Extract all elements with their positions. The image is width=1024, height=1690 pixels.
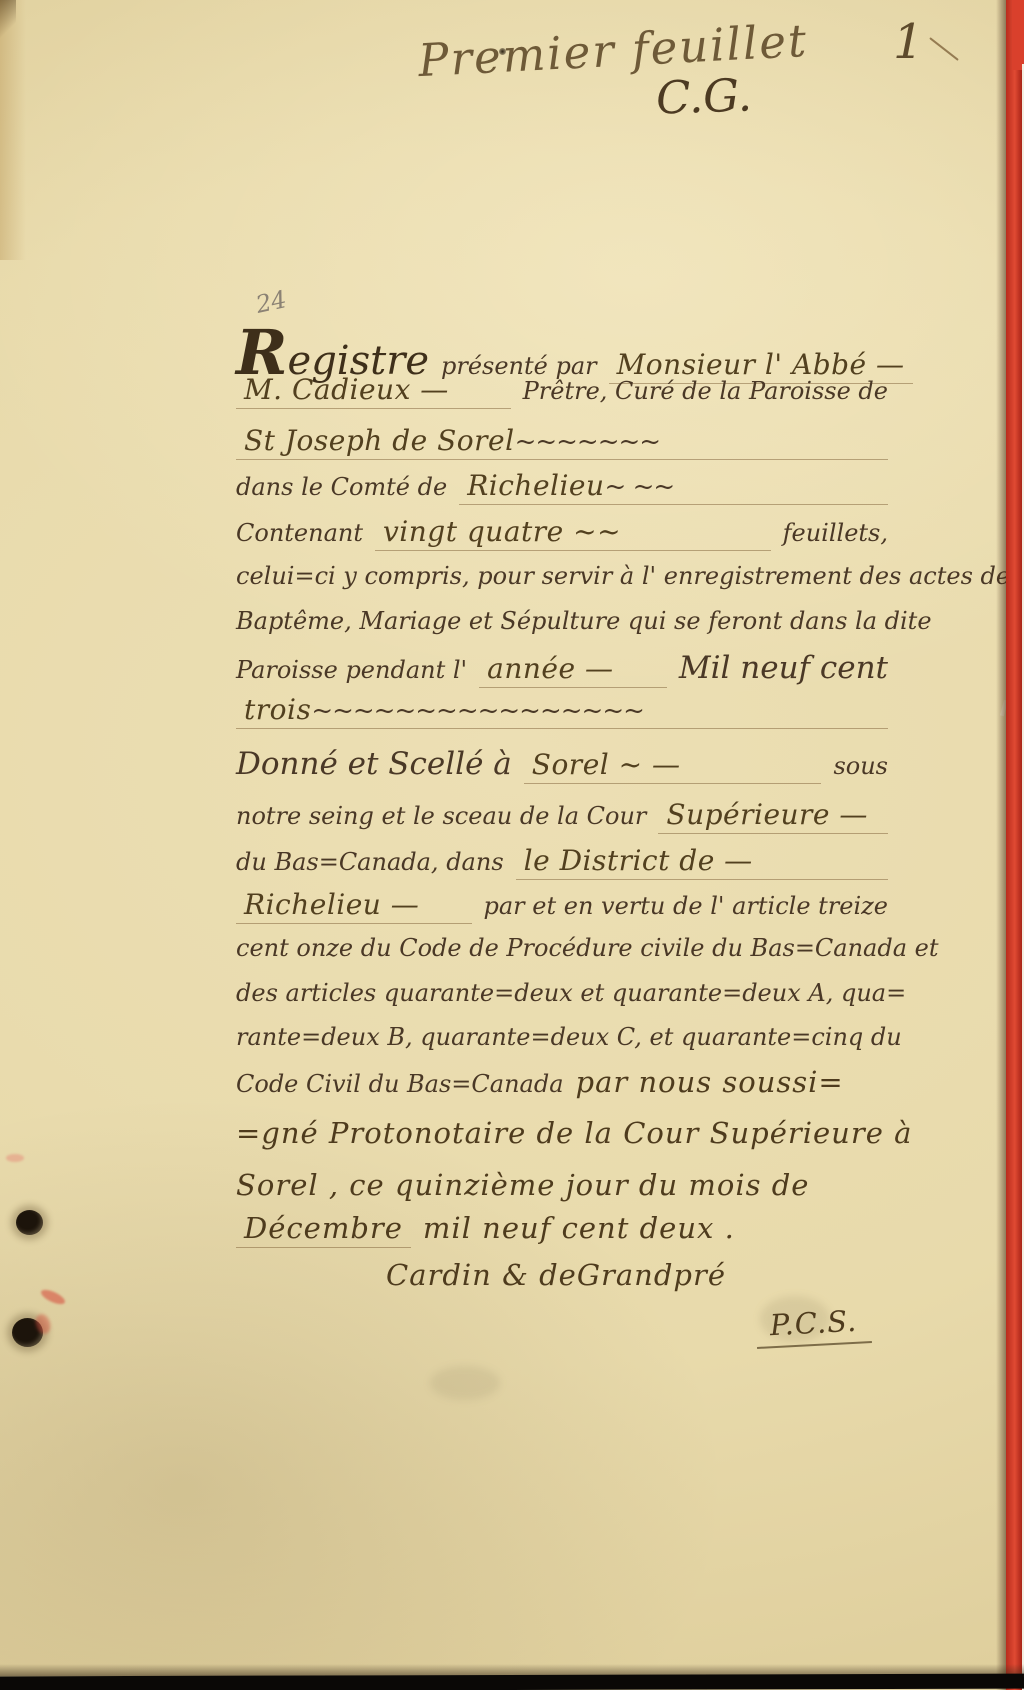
edge-stain xyxy=(0,0,26,260)
filled-text: Sorel ~ — xyxy=(524,748,822,784)
filled-text: trois xyxy=(244,693,311,726)
printed-text: Paroisse pendant l' xyxy=(236,656,467,684)
printed-text: du Bas=Canada, dans xyxy=(236,848,504,876)
printed-text: notre seing et le sceau de la Cour xyxy=(236,802,646,830)
form-line: rante=deux B, quarante=deux C, et quaran… xyxy=(236,1023,888,1068)
filled-text: St Joseph de Sorel~~~~~~~ xyxy=(236,424,888,460)
signature-title-line: P.C.S. xyxy=(236,1306,888,1351)
signature-line: Cardin & deGrandpré xyxy=(236,1258,888,1303)
form-line: Sorel , ce quinzième jour du mois de xyxy=(236,1168,888,1213)
form-line: Donné et Scellé à Sorel ~ — sous xyxy=(236,746,888,798)
filled-text: année — xyxy=(479,652,667,688)
filled-text: par nous soussi= xyxy=(576,1065,888,1099)
filled-text: Sorel , ce quinzième jour du mois de xyxy=(236,1168,809,1202)
punch-hole xyxy=(16,1210,43,1235)
flourish: ~ ~~ xyxy=(605,472,880,502)
form-line: celui=ci y compris, pour servir à l' enr… xyxy=(236,562,888,607)
printed-text: Contenant xyxy=(236,519,363,547)
form-line: Paroisse pendant l' année — Mil neuf cen… xyxy=(236,650,888,695)
form-line: Richelieu — par et en vertu de l' articl… xyxy=(236,888,888,933)
printed-text: cent onze du Code de Procédure civile du… xyxy=(236,934,939,962)
smudge-stain xyxy=(430,1366,500,1400)
signature-name: Cardin & deGrandpré xyxy=(386,1258,726,1292)
filled-text: mil neuf cent deux . xyxy=(423,1211,735,1245)
printed-text: Mil neuf cent xyxy=(679,650,888,686)
filled-text: Richelieu xyxy=(467,469,604,502)
filled-text: vingt quatre ~~ xyxy=(375,515,771,551)
signature-title: P.C.S. xyxy=(755,1303,872,1349)
red-binding-tape xyxy=(1012,0,1024,70)
page-number: 1 xyxy=(893,14,924,70)
form-line: du Bas=Canada, dans le District de — xyxy=(236,844,888,889)
form-line: dans le Comté de Richelieu~ ~~ xyxy=(236,469,888,514)
printed-text: des articles quarante=deux et quarante=d… xyxy=(236,979,906,1007)
form-line: St Joseph de Sorel~~~~~~~ xyxy=(236,424,888,469)
red-ink-smudge xyxy=(39,1287,67,1307)
printed-text: Code Civil du Bas=Canada xyxy=(236,1070,564,1098)
printed-text: rante=deux B, quarante=deux C, et quaran… xyxy=(236,1023,902,1051)
form-line: des articles quarante=deux et quarante=d… xyxy=(236,979,888,1024)
pink-smudge xyxy=(6,1154,24,1162)
form-line: notre seing et le sceau de la Cour Supér… xyxy=(236,798,888,843)
filled-text: Richelieu — xyxy=(236,888,472,924)
filled-text: Décembre xyxy=(236,1211,411,1248)
form-line: Baptême, Mariage et Sépulture qui se fer… xyxy=(236,607,888,652)
filled-text: St Joseph de Sorel xyxy=(244,424,515,457)
flourish: ~~~~~~~ xyxy=(515,427,880,457)
filled-text: Richelieu~ ~~ xyxy=(459,469,888,505)
binding-seam xyxy=(996,0,1006,1690)
form-line: Contenant vingt quatre ~~ feuillets, xyxy=(236,515,888,560)
form-line: Code Civil du Bas=Canada par nous soussi… xyxy=(236,1065,888,1110)
form-line: M. Cadieux — Prêtre, Curé de la Paroisse… xyxy=(236,373,888,418)
printed-text: dans le Comté de xyxy=(236,473,447,501)
printed-text: feuillets, xyxy=(783,519,888,547)
pencil-annotation: 24 xyxy=(253,285,289,319)
clerk-initials: C.G. xyxy=(655,68,753,124)
form-line: cent onze du Code de Procédure civile du… xyxy=(236,934,888,979)
form-line: =gné Protonotaire de la Cour Supérieure … xyxy=(236,1116,888,1161)
filled-text: Supérieure — xyxy=(658,798,888,834)
form-line: trois~~~~~~~~~~~~~~~~ xyxy=(236,693,888,738)
register-page-scan: Premier feuillet 1 C.G. 24 Registre prés… xyxy=(0,0,1024,1690)
filled-text: trois~~~~~~~~~~~~~~~~ xyxy=(236,693,888,729)
printed-text: celui=ci y compris, pour servir à l' enr… xyxy=(236,562,1010,590)
red-binding-tape xyxy=(1006,0,1022,1690)
printed-text: par et en vertu de l' article treize xyxy=(484,892,889,920)
flourish: ~~~~~~~~~~~~~~~~ xyxy=(311,696,880,726)
form-line: Décembre mil neuf cent deux . xyxy=(236,1211,888,1256)
printed-text: Prêtre, Curé de la Paroisse de xyxy=(523,377,888,405)
printed-text: Donné et Scellé à xyxy=(236,746,512,782)
printed-text: Baptême, Mariage et Sépulture qui se fer… xyxy=(236,607,932,635)
paper-fiber xyxy=(929,37,959,61)
filled-text: =gné Protonotaire de la Cour Supérieure … xyxy=(236,1116,912,1150)
scan-background xyxy=(0,1674,1024,1690)
filled-text: M. Cadieux — xyxy=(236,373,511,409)
form-line: Registre présenté par Monsieur l' Abbé — xyxy=(236,316,888,374)
filled-text: le District de — xyxy=(516,844,888,880)
printed-text: sous xyxy=(833,752,888,780)
